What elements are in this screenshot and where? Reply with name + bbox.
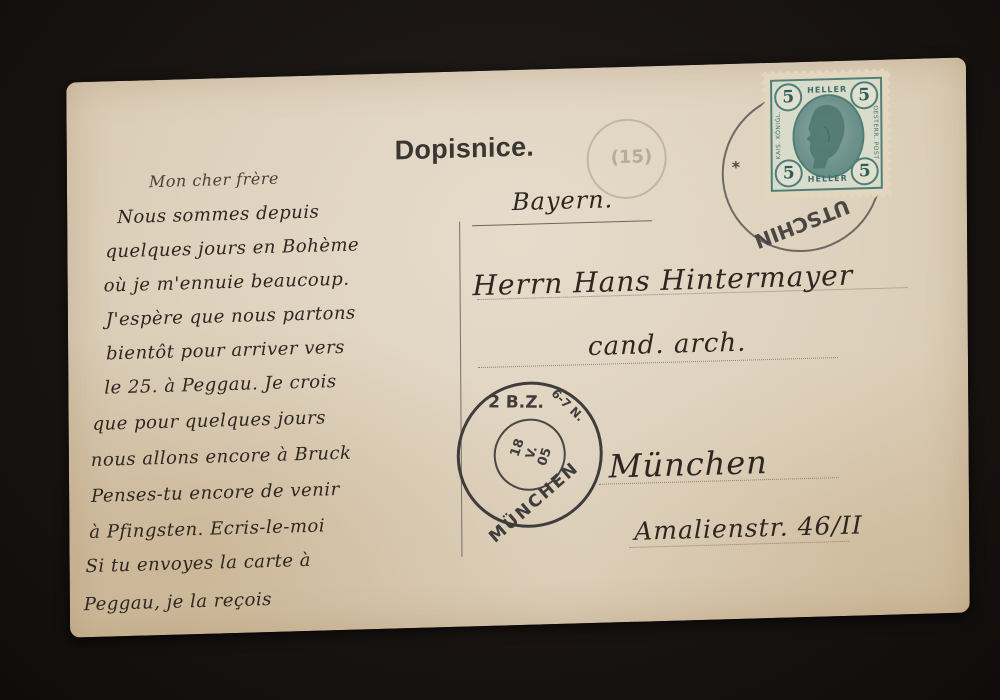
stamp-denomination-bottom: HELLER xyxy=(808,174,848,184)
faint-postmark: (15) xyxy=(586,118,667,200)
message-line: bientôt pour arriver vers xyxy=(106,337,345,365)
stamp-value-bottom-right: 5 xyxy=(851,157,879,186)
stamp-value-bottom-left: 5 xyxy=(775,159,803,188)
message-address-divider xyxy=(459,222,462,557)
address-country: Bayern. xyxy=(512,185,613,216)
stamp-denomination-top: HELLER xyxy=(807,85,847,95)
address-recipient: Herrn Hans Hintermayer xyxy=(472,259,853,303)
stamp-right-inscription: OESTERR. POST xyxy=(872,105,879,159)
munich-postmark: 18 V. 05 2 B.Z. 6-7 N. MÜNCHEN xyxy=(445,368,615,540)
address-city: München xyxy=(609,443,768,485)
message-line: Mon cher frère xyxy=(149,169,279,192)
message-line: nous allons encore à Bruck xyxy=(91,443,352,471)
message-line: où je m'ennuie beaucoup. xyxy=(104,269,350,297)
message-line: Peggau, je la reçois xyxy=(84,589,272,615)
message-line: J'espère que nous partons xyxy=(106,303,356,331)
message-line: à Pfingsten. Ecris-le-moi xyxy=(89,515,325,543)
stamp-frame: 5 5 5 5 HELLER HELLER KAIS. KÖNIGL. OEST… xyxy=(770,77,883,192)
message-line: Si tu envoyes la carte à xyxy=(86,550,311,577)
faint-postmark-text: (15) xyxy=(611,146,653,168)
stamp-left-inscription: KAIS. KÖNIGL. xyxy=(775,111,782,160)
address-title: cand. arch. xyxy=(588,328,747,362)
message-line: quelques jours en Bohème xyxy=(105,234,359,262)
printed-title: Dopisnice. xyxy=(395,131,535,166)
message-line: Nous sommes depuis xyxy=(117,201,319,228)
message-line: Penses-tu encore de venir xyxy=(91,479,340,507)
postmark-star-icon: * xyxy=(732,158,741,177)
postmark-office: 2 B.Z. xyxy=(488,392,544,412)
message-line: que pour quelques jours xyxy=(93,407,326,435)
origin-postmark-text: UTSCHIN xyxy=(751,194,853,253)
postcard: Dopisnice. Mon cher frère Nous sommes de… xyxy=(66,57,970,637)
emperor-profile-icon xyxy=(794,95,859,173)
postage-stamp: 5 5 5 5 HELLER HELLER KAIS. KÖNIGL. OEST… xyxy=(761,67,892,201)
country-underline xyxy=(472,220,652,226)
message-line: le 25. à Peggau. Je crois xyxy=(104,371,336,398)
postmark-time: 6-7 N. xyxy=(548,386,587,424)
